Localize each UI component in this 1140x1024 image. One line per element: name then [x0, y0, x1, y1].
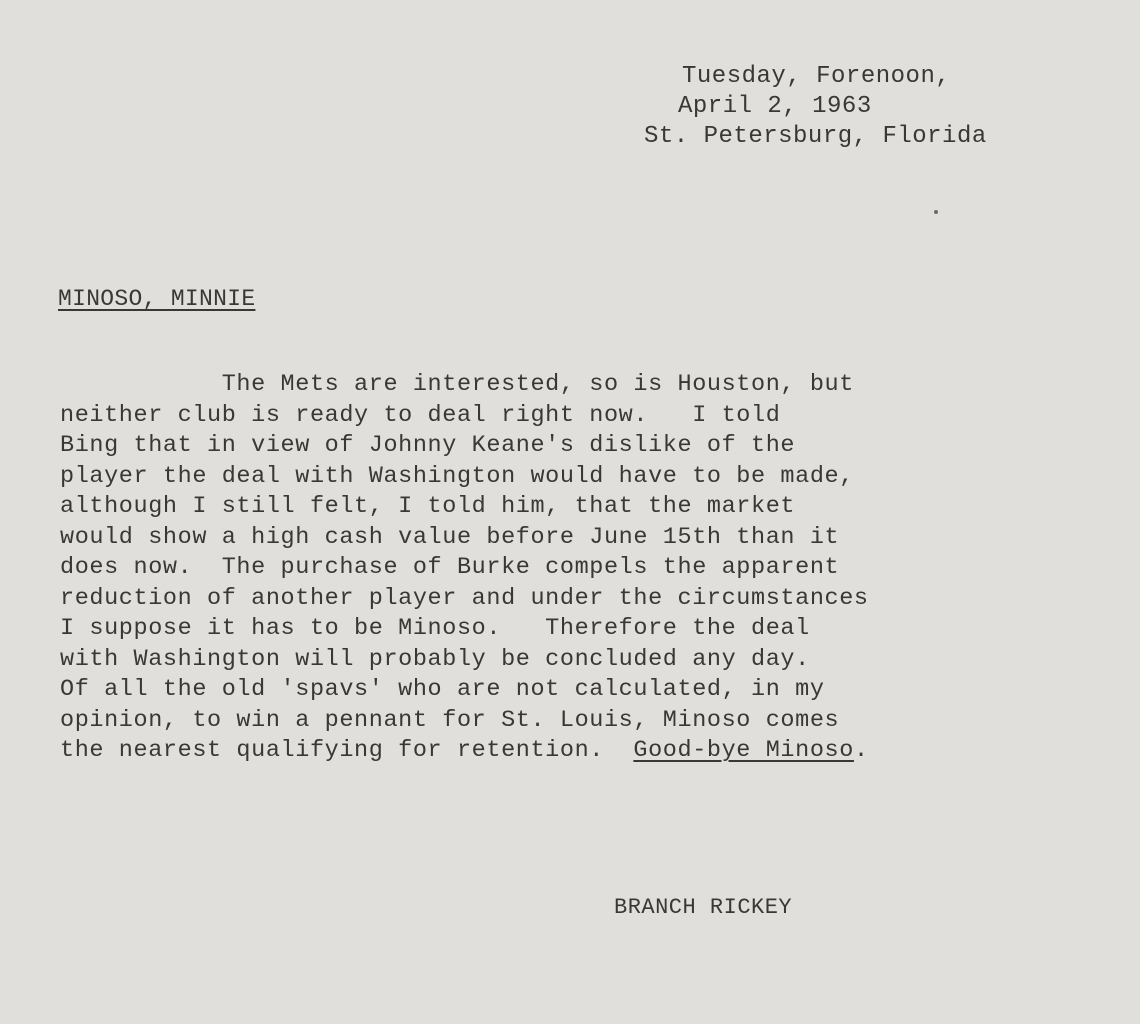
body-line: The Mets are interested, so is Houston, …: [60, 370, 1120, 401]
body-last-line: the nearest qualifying for retention. Go…: [60, 736, 1120, 767]
body-line-text: the nearest qualifying for retention.: [60, 737, 633, 764]
body-line: Of all the old 'spavs' who are not calcu…: [60, 675, 1120, 706]
body-line: player the deal with Washington would ha…: [60, 462, 1120, 493]
closing-remark: Good-bye Minoso: [633, 737, 854, 764]
body-line: neither club is ready to deal right now.…: [60, 401, 1120, 432]
dateline-date: April 2, 1963: [678, 92, 872, 122]
body-line: reduction of another player and under th…: [60, 584, 1120, 615]
body-line: opinion, to win a pennant for St. Louis,…: [60, 706, 1120, 737]
signature: BRANCH RICKEY: [614, 894, 792, 922]
body-line: does now. The purchase of Burke compels …: [60, 553, 1120, 584]
body-line: I suppose it has to be Minoso. Therefore…: [60, 614, 1120, 645]
body-line: would show a high cash value before June…: [60, 523, 1120, 554]
subject-heading: MINOSO, MINNIE: [58, 284, 255, 314]
dateline-place: St. Petersburg, Florida: [644, 122, 987, 152]
body-line: Bing that in view of Johnny Keane's disl…: [60, 431, 1120, 462]
closing-period: .: [854, 737, 869, 764]
body-line: with Washington will probably be conclud…: [60, 645, 1120, 676]
paper-speck: [934, 210, 938, 214]
letter-body: The Mets are interested, so is Houston, …: [60, 370, 1120, 767]
typed-letter-page: Tuesday, Forenoon, April 2, 1963 St. Pet…: [0, 0, 1140, 1024]
dateline-day: Tuesday, Forenoon,: [682, 62, 950, 92]
body-line: although I still felt, I told him, that …: [60, 492, 1120, 523]
